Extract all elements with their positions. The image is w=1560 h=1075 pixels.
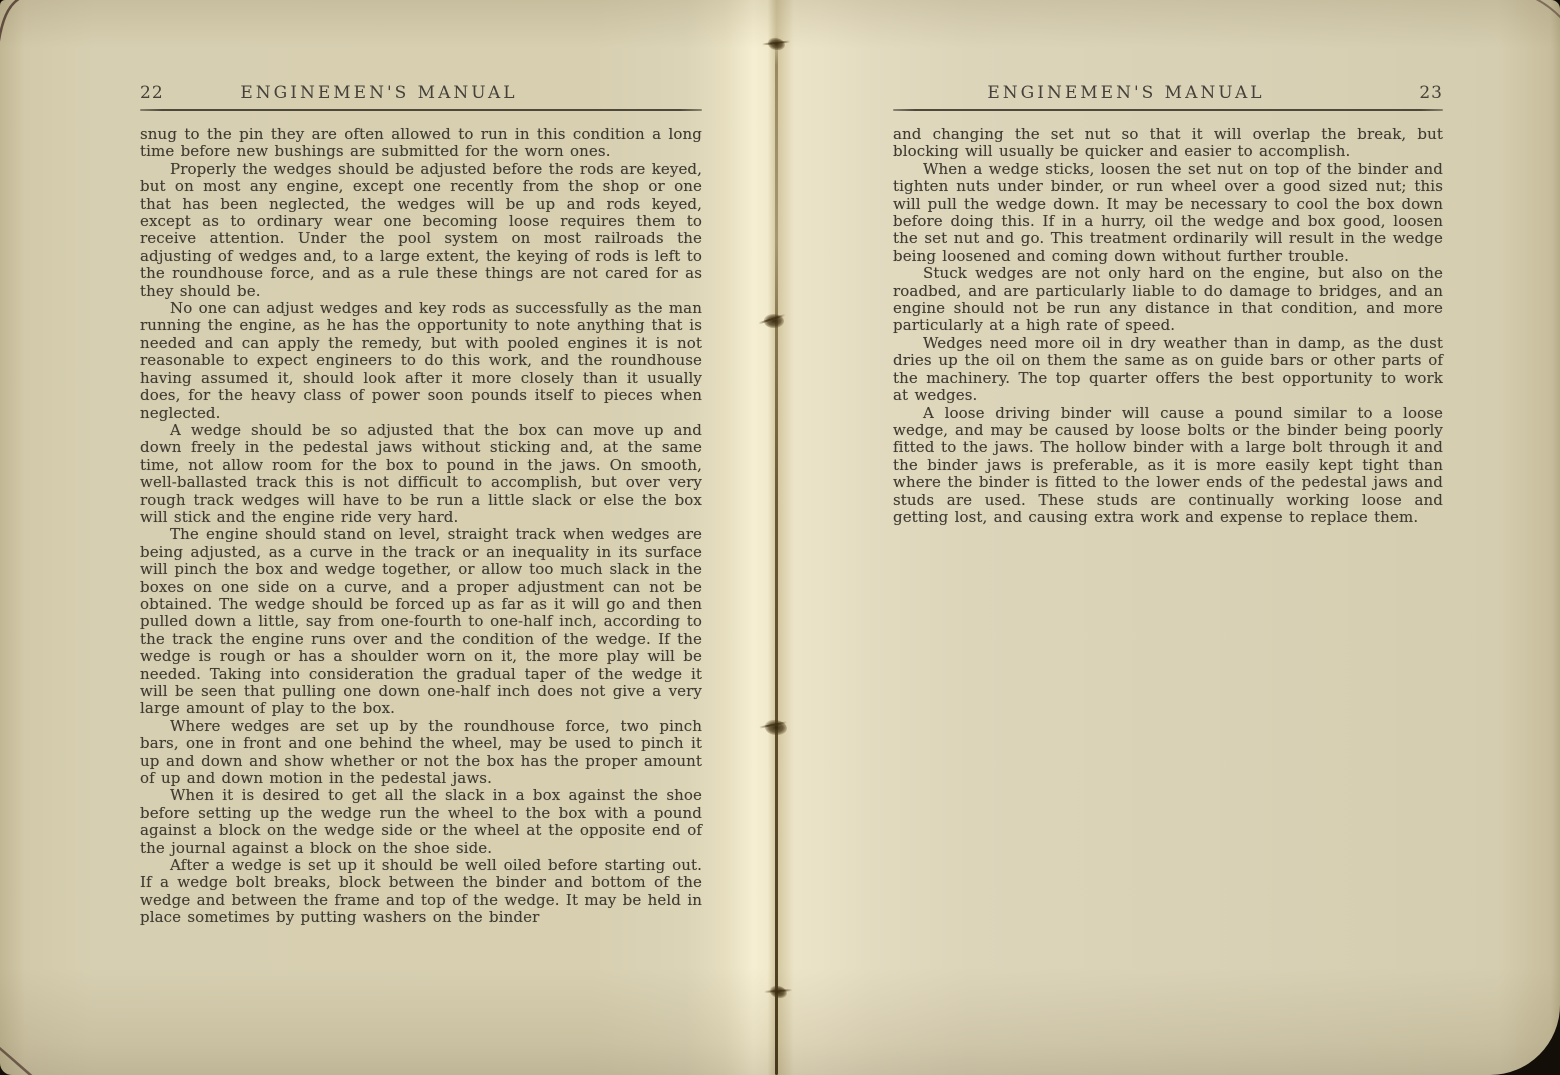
book-spread: 22 ENGINEMEN'S MANUAL snug to the pin th…	[0, 0, 1560, 1075]
spine-seam	[775, 34, 778, 1075]
page-body: and changing the set nut so that it will…	[893, 126, 1443, 526]
paragraph: No one can adjust wedges and key rods as…	[140, 300, 702, 422]
page-header: 23 ENGINEMEN'S MANUAL	[893, 84, 1443, 102]
paragraph: Where wedges are set up by the roundhous…	[140, 718, 702, 788]
paragraph: When it is desired to get all the slack …	[140, 787, 702, 857]
paragraph: When a wedge sticks, loosen the set nut …	[893, 161, 1443, 265]
page-header: 22 ENGINEMEN'S MANUAL	[140, 84, 702, 102]
paragraph: Wedges need more oil in dry weather than…	[893, 335, 1443, 405]
paragraph: Properly the wedges should be adjusted b…	[140, 161, 702, 300]
running-title: ENGINEMEN'S MANUAL	[98, 84, 660, 102]
stitch-knot	[769, 985, 788, 1000]
page-left: 22 ENGINEMEN'S MANUAL snug to the pin th…	[140, 84, 702, 927]
stitch-knot	[767, 37, 786, 51]
page-edge-curve-top-left	[0, 0, 22, 54]
stitch-knot	[764, 313, 785, 328]
header-rule	[140, 109, 702, 111]
page-right: 23 ENGINEMEN'S MANUAL and changing the s…	[893, 84, 1443, 526]
paragraph: A wedge should be so adjusted that the b…	[140, 422, 702, 526]
page-edge-curve-top-right	[1532, 0, 1560, 20]
paragraph: The engine should stand on level, straig…	[140, 526, 702, 717]
page-body: snug to the pin they are often allowed t…	[140, 126, 702, 927]
paragraph: After a wedge is set up it should be wel…	[140, 857, 702, 927]
book-scan-photo: 22 ENGINEMEN'S MANUAL snug to the pin th…	[0, 0, 1560, 1075]
paragraph: snug to the pin they are often allowed t…	[140, 126, 702, 161]
paragraph: Stuck wedges are not only hard on the en…	[893, 265, 1443, 335]
header-rule	[893, 109, 1443, 111]
stitch-knot	[765, 719, 788, 735]
page-edge-curve-bottom-left	[0, 1046, 34, 1075]
page-number: 23	[1419, 84, 1443, 102]
paragraph: A loose driving binder will cause a poun…	[893, 405, 1443, 527]
running-title: ENGINEMEN'S MANUAL	[851, 84, 1401, 102]
paragraph: and changing the set nut so that it will…	[893, 126, 1443, 161]
